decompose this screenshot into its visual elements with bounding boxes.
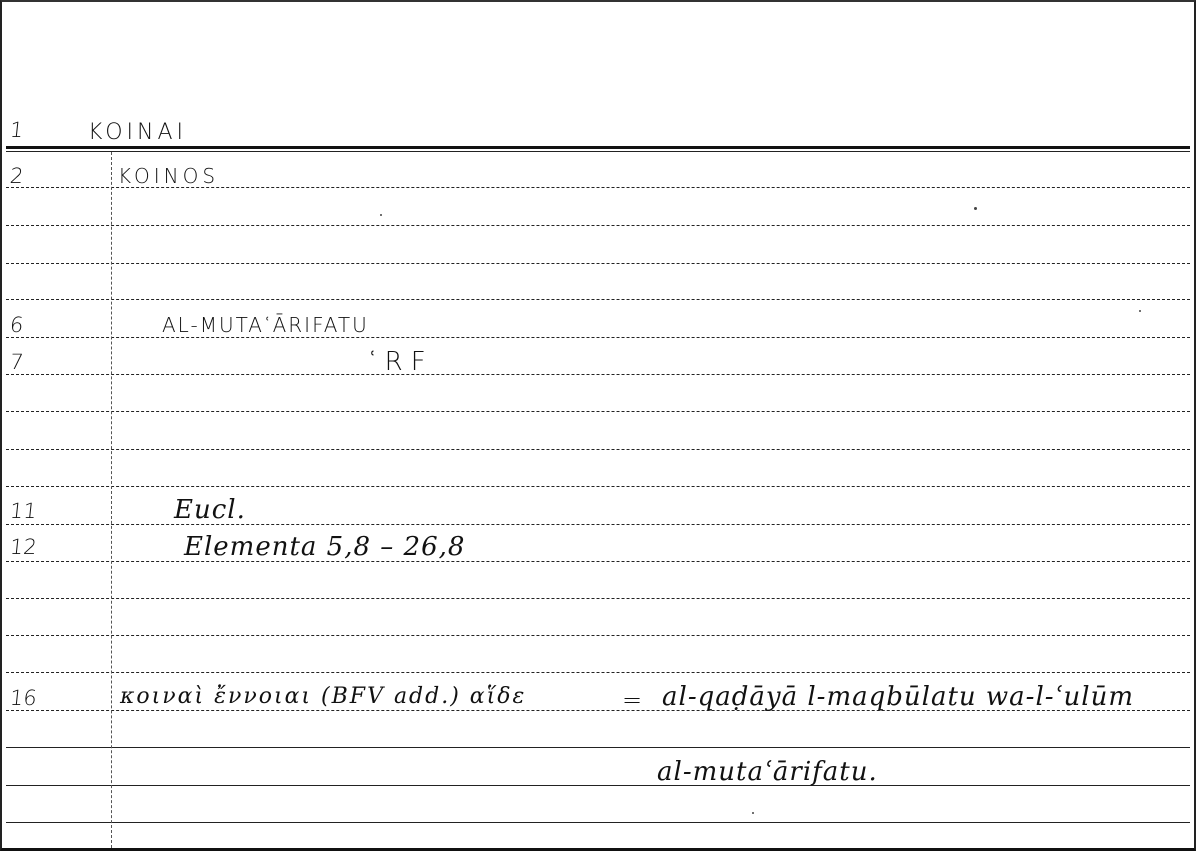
greek-phrase: κοιναὶ ἔννοιαι (BFV add.) αἵδε [120,684,526,709]
scan-speck [1139,310,1141,312]
rule-line [6,635,1190,636]
arabic-translation-line1: al-qaḍāyā l-maqbūlatu wa-l-ʿulūm [662,682,1134,712]
header-rule-thin [6,151,1190,152]
rule-line [6,299,1190,300]
rule-line [6,225,1190,226]
row-number-11: 11 [9,499,38,523]
author: Eucl. [174,495,246,525]
lemma: KOINOS [118,164,219,188]
headword: KOINAI [88,120,187,145]
rule-line [6,785,1190,786]
work-reference: Elementa 5,8 – 26,8 [184,532,465,562]
scan-speck [974,207,977,210]
rule-line [6,263,1190,264]
row-number-2: 2 [9,164,25,188]
row-number-7: 7 [9,350,25,374]
scan-speck [380,214,382,216]
rule-line [6,411,1190,412]
row-number-12: 12 [9,535,38,559]
rule-line [6,374,1190,375]
row-number-1: 1 [9,118,25,142]
index-card: 1 2 6 7 11 12 16 KOINAI KOINOS AL-MUTAʿĀ… [0,0,1196,851]
arabic-translation-line2: al-mutaʿārifatu. [657,757,878,787]
equals-sign: = [622,686,642,714]
rule-line [6,598,1190,599]
row-number-6: 6 [9,313,25,337]
rule-line [6,672,1190,673]
header-rule-heavy [6,146,1190,149]
arabic-root: ʿRF [368,346,434,377]
rule-line [6,822,1190,823]
margin-line [111,152,112,848]
arabic-term: AL-MUTAʿĀRIFATU [162,313,369,338]
rule-line [6,486,1190,487]
rule-line [6,449,1190,450]
rule-line [6,747,1190,748]
row-number-16: 16 [9,686,38,710]
scan-speck [752,812,754,814]
